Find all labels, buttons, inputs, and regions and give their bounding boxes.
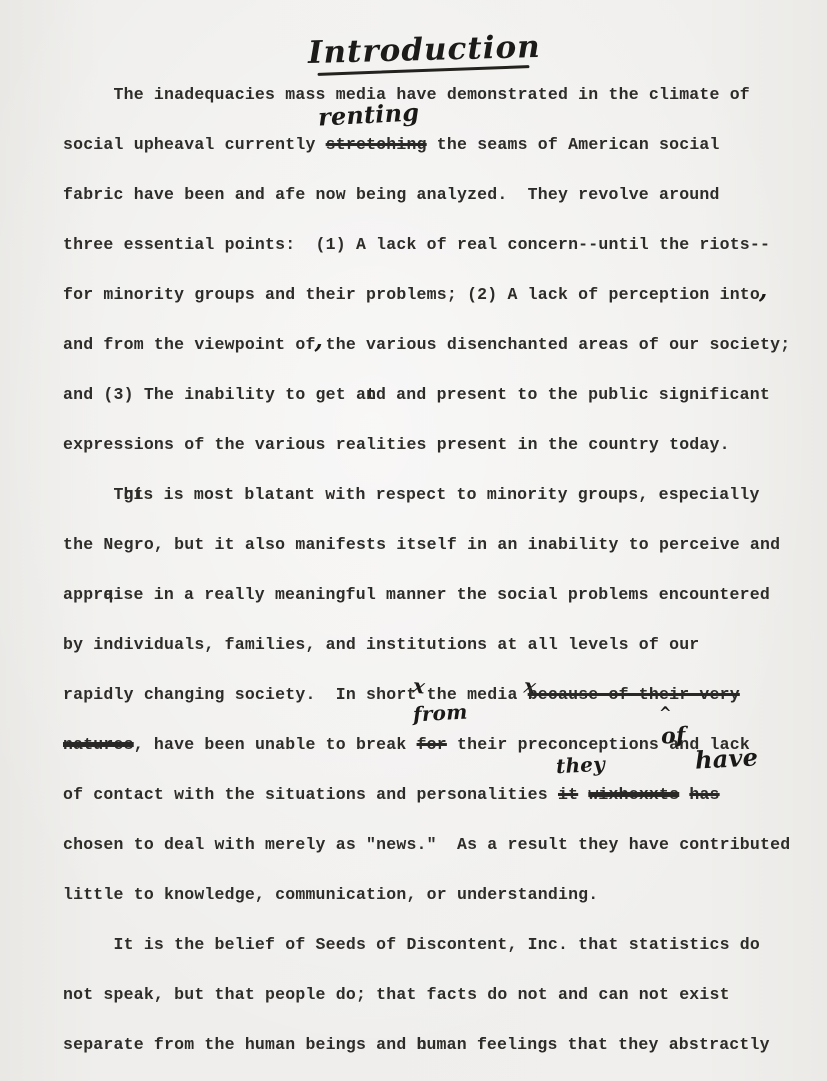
typed-line: little to knowledge, communication, or u… [63, 870, 823, 920]
handwritten-title: Introduction [308, 29, 539, 75]
struck-text: has [689, 785, 719, 804]
manuscript-page: Introduction The inadequacies mass media… [0, 0, 827, 1081]
typed-text: their preconceptions [447, 735, 659, 754]
typed-text: the seams of American social [427, 135, 720, 154]
handwritten-annotation: of [660, 710, 687, 761]
typed-line: for minority groups and their problems; … [63, 270, 823, 320]
typed-line: of contact with the situations and perso… [63, 770, 823, 820]
overstrike-char: nt [366, 370, 376, 420]
typed-text: three essential points: (1) A lack of re… [63, 235, 770, 254]
typed-text: not speak, but that people do; that fact… [63, 985, 730, 1004]
typed-line: Thgits is most blatant with respect to m… [63, 470, 823, 520]
typed-text: expressions of the various realities pre… [63, 435, 730, 454]
typed-text: d and present to the public significant [376, 385, 770, 404]
typed-line: and from the viewpoint of, the various d… [63, 320, 823, 370]
typed-text: little to knowledge, communication, or u… [63, 885, 598, 904]
typed-text: rapidly changing society. In short [63, 685, 417, 704]
typed-text: chosen to deal with merely as "news." As… [63, 835, 790, 854]
typed-text: It is the belief of Seeds of Discontent,… [63, 935, 760, 954]
struck-text-anchor: forfrom [417, 720, 447, 770]
typed-text: and from the viewpoint of [63, 335, 316, 354]
typed-line: appraqise in a really meaningful manner … [63, 570, 823, 620]
typed-text: by individuals, families, and institutio… [63, 635, 699, 654]
typed-text: T [63, 485, 124, 504]
typed-text: , have been unable to break [134, 735, 417, 754]
struck-text-anchor: itthey [558, 770, 578, 820]
typed-line: fabric have been and afe now being analy… [63, 170, 823, 220]
struck-text-anchor: because of their very [528, 670, 740, 720]
typed-text: the Negro, but it also manifests itself … [63, 535, 780, 554]
typed-text: eelings that they abstractly [487, 1035, 770, 1054]
handwritten-annotation: have [694, 732, 760, 785]
typed-text [679, 785, 689, 804]
typed-text: the various disenchanted areas of our so… [316, 335, 791, 354]
typed-text: for minority groups and their problems; … [63, 285, 760, 304]
struck-text-anchor: wixhexxts [588, 770, 679, 820]
typed-text: of contact with the situations and perso… [63, 785, 558, 804]
overstrike-char: hb [417, 1020, 427, 1070]
typed-line: by individuals, families, and institutio… [63, 620, 823, 670]
typed-line: separate from the human beings and hbuma… [63, 1020, 823, 1070]
typed-line: chosen to deal with merely as "news." As… [63, 820, 823, 870]
struck-text-anchor: natures [63, 720, 134, 770]
struck-text-anchor: hashave [689, 770, 719, 820]
overstrike-char: aq [103, 570, 113, 620]
typed-text: social upheaval currently [63, 135, 326, 154]
struck-text: natures [63, 735, 134, 754]
typed-line: It is the belief of Seeds of Discontent,… [63, 920, 823, 970]
typewritten-body: The inadequacies mass media have demonst… [63, 70, 823, 1070]
typed-text: ise in a really meaningful manner the so… [113, 585, 770, 604]
typed-text: appr [63, 585, 103, 604]
typed-line: the Negro, but it also manifests itself … [63, 520, 823, 570]
typed-line: not speak, but that people do; that fact… [63, 970, 823, 1020]
typed-text: s is most blatant with respect to minori… [143, 485, 759, 504]
page-title: Introduction [308, 29, 539, 71]
typed-line: and (3) The inability to get antd and pr… [63, 370, 823, 420]
typed-text: uman [426, 1035, 477, 1054]
handwritten-annotation: from [411, 687, 468, 740]
typed-text: separate from the human beings and [63, 1035, 417, 1054]
overstrike-char: ff [477, 1020, 487, 1070]
struck-text: because of their very [528, 685, 740, 704]
typed-line: The inadequacies mass media have demonst… [63, 70, 823, 120]
handwritten-annotation: renting [316, 87, 420, 142]
overstrike-char: hg [124, 470, 134, 520]
typed-line: expressions of the various realities pre… [63, 420, 823, 470]
typed-text: and (3) The inability to get a [63, 385, 366, 404]
typed-line: social upheaval currently stretchingrent… [63, 120, 823, 170]
struck-text-anchor: stretchingrenting [326, 120, 427, 170]
struck-text: wixhexxts [588, 785, 679, 804]
overstrike-char: it [134, 470, 144, 520]
typed-line: three essential points: (1) A lack of re… [63, 220, 823, 270]
typed-text: fabric have been and afe now being analy… [63, 185, 720, 204]
